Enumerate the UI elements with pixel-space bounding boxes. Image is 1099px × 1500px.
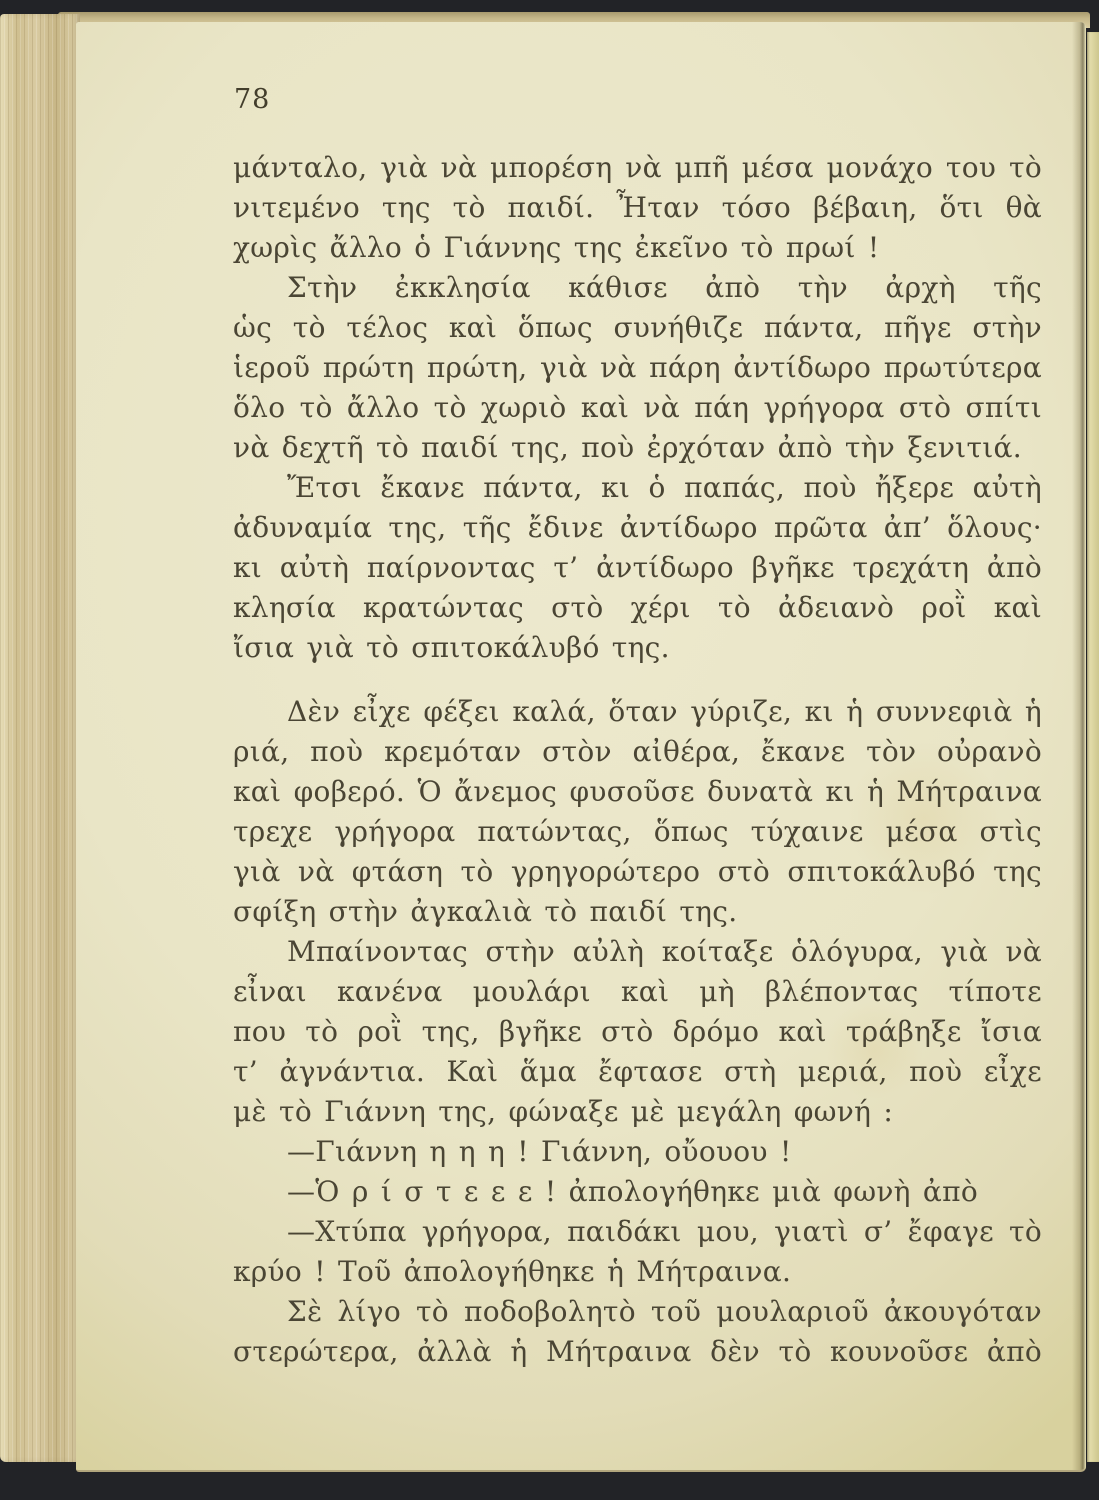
text-line: κρύο ! Τοῦ ἀπολογήθηκε ἡ Μήτραινα. [233,1252,1042,1292]
text-line: ἱεροῦ πρώτη πρώτη, γιὰ νὰ πάρη ἀντίδωρο … [233,348,1042,388]
text-line: Μπαίνοντας στὴν αὐλὴ κοίταξε ὁλόγυρα, γι… [233,932,1042,972]
paragraph: —Ὁ ρ ί σ τ ε ε ε ! ἀπολογήθηκε μιὰ φωνὴ … [233,1172,1042,1212]
text-line: ἀδυναμία της, τῆς ἔδινε ἀντίδωρο πρῶτα ἀ… [233,508,1042,548]
text-line: που τὸ ροῒ της, βγῆκε στὸ δρόμο καὶ τράβ… [233,1012,1042,1052]
paragraph: Στὴν ἐκκλησία κάθισε ἀπὸ τὴν ἀρχὴ τῆς λε… [233,268,1042,468]
paragraph: Δὲν εἶχε φέξει καλά, ὅταν γύριζε, κι ἡ σ… [233,692,1042,932]
page-number: 78 [234,84,270,115]
text-line: γιὰ νὰ φτάση τὸ γρηγορώτερο στὸ σπιτοκάλ… [233,852,1042,892]
text-line: νιτεμένο της τὸ παιδί. Ἦταν τόσο βέβαιη,… [233,188,1042,228]
text-line: σφίξη στὴν ἀγκαλιὰ τὸ παιδί της. [233,892,1042,932]
text-line: τρεχε γρήγορα πατώντας, ὅπως τύχαινε μέσ… [233,812,1042,852]
paragraph: Σὲ λίγο τὸ ποδοβολητὸ τοῦ μουλαριοῦ ἀκου… [233,1292,1042,1372]
paragraph: —Γιάννη η η η ! Γιάννη, οὔουου ! [233,1132,1042,1172]
page-text: μάνταλο, γιὰ νὰ μπορέση νὰ μπῆ μέσα μονά… [233,148,1042,1372]
text-line: νὰ δεχτῆ τὸ παιδί της, ποὺ ἐρχόταν ἀπὸ τ… [233,428,1042,468]
paragraph: Μπαίνοντας στὴν αὐλὴ κοίταξε ὁλόγυρα, γι… [233,932,1042,1132]
text-line: χωρὶς ἄλλο ὁ Γιάννης της ἐκεῖνο τὸ πρωί … [233,228,1042,268]
book-fore-edge-stack [0,14,80,1462]
text-line: ριά, ποὺ κρεμόταν στὸν αἰθέρα, ἔκανε τὸν… [233,732,1042,772]
next-page-edge [1087,32,1099,1462]
text-line: Στὴν ἐκκλησία κάθισε ἀπὸ τὴν ἀρχὴ τῆς λε… [233,268,1042,308]
text-line: ὡς τὸ τέλος καὶ ὅπως συνήθιζε πάντα, πῆγ… [233,308,1042,348]
text-line: μὲ τὸ Γιάννη της, φώναξε μὲ μεγάλη φωνή … [233,1092,1042,1132]
text-line: κλησία κρατώντας στὸ χέρι τὸ ἀδειανὸ ροῒ… [233,588,1042,628]
text-line: μάνταλο, γιὰ νὰ μπορέση νὰ μπῆ μέσα μονά… [233,148,1042,188]
text-line: —Ὁ ρ ί σ τ ε ε ε ! ἀπολογήθηκε μιὰ φωνὴ … [233,1172,1042,1212]
paragraph: μάνταλο, γιὰ νὰ μπορέση νὰ μπῆ μέσα μονά… [233,148,1042,268]
paragraph: —Χτύπα γρήγορα, παιδάκι μου, γιατὶ σ’ ἔφ… [233,1212,1042,1292]
text-line: —Χτύπα γρήγορα, παιδάκι μου, γιατὶ σ’ ἔφ… [233,1212,1042,1252]
text-line: —Γιάννη η η η ! Γιάννη, οὔουου ! [233,1132,1042,1172]
text-line: καὶ φοβερό. Ὁ ἄνεμος φυσοῦσε δυνατὰ κι ἡ… [233,772,1042,812]
text-line: ὅλο τὸ ἄλλο τὸ χωριὸ καὶ νὰ πάη γρήγορα … [233,388,1042,428]
text-line: ἴσια γιὰ τὸ σπιτοκάλυβό της. [233,628,1042,668]
text-line: τ’ ἀγνάντια. Καὶ ἅμα ἔφτασε στὴ μεριά, π… [233,1052,1042,1092]
scanned-book-photo: { "colors": { "paper": "#e9e5c6", "ink":… [0,0,1099,1500]
text-line: στερώτερα, ἀλλὰ ἡ Μήτραινα δὲν τὸ κουνοῦ… [233,1332,1042,1372]
book-page: 78 μάνταλο, γιὰ νὰ μπορέση νὰ μπῆ μέσα μ… [76,22,1086,1472]
paragraph: Ἔτσι ἔκανε πάντα, κι ὁ παπάς, ποὺ ἤξερε … [233,468,1042,668]
page-right-crease [1072,22,1086,1470]
text-line: κι αὐτὴ παίρνοντας τ’ ἀντίδωρο βγῆκε τρε… [233,548,1042,588]
text-line: εἶναι κανένα μουλάρι καὶ μὴ βλέποντας τί… [233,972,1042,1012]
text-line: Σὲ λίγο τὸ ποδοβολητὸ τοῦ μουλαριοῦ ἀκου… [233,1292,1042,1332]
text-line: Δὲν εἶχε φέξει καλά, ὅταν γύριζε, κι ἡ σ… [233,692,1042,732]
text-line: Ἔτσι ἔκανε πάντα, κι ὁ παπάς, ποὺ ἤξερε … [233,468,1042,508]
